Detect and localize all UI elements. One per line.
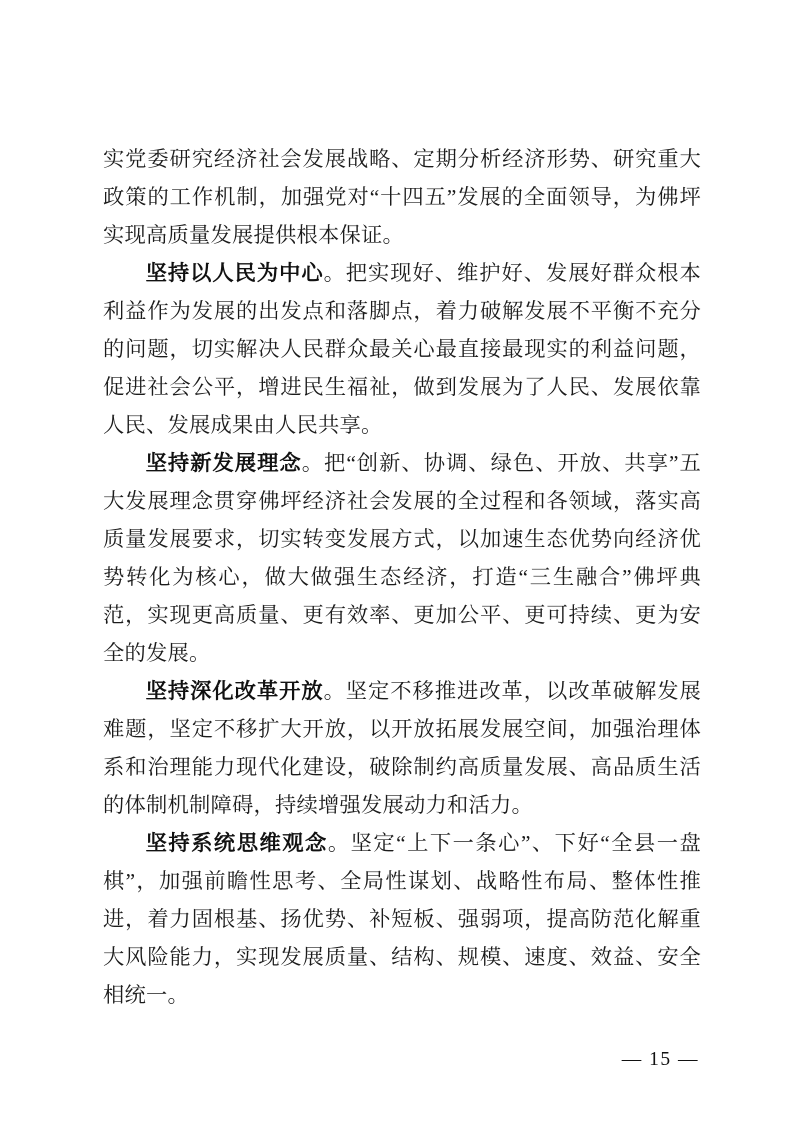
paragraph-0-body: 实党委研究经济社会发展战略、定期分析经济形势、研究重大政策的工作机制，加强党对“… xyxy=(103,147,701,247)
paragraph-0: 实党委研究经济社会发展战略、定期分析经济形势、研究重大政策的工作机制，加强党对“… xyxy=(103,140,701,254)
paragraph-4: 坚持系统思维观念。坚定“上下一条心”、下好“全县一盘棋”，加强前瞻性思考、全局性… xyxy=(103,824,701,1014)
paragraph-4-body: 。坚定“上下一条心”、下好“全县一盘棋”，加强前瞻性思考、全局性谋划、战略性布局… xyxy=(103,831,701,1007)
paragraph-1-body: 。把实现好、维护好、发展好群众根本利益作为发展的出发点和落脚点，着力破解发展不平… xyxy=(103,261,701,437)
document-text-block: 实党委研究经济社会发展战略、定期分析经济形势、研究重大政策的工作机制，加强党对“… xyxy=(103,140,701,1014)
paragraph-3: 坚持深化改革开放。坚定不移推进改革，以改革破解发展难题，坚定不移扩大开放，以开放… xyxy=(103,672,701,824)
paragraph-3-lead: 坚持深化改革开放 xyxy=(146,679,324,703)
document-page: 实党委研究经济社会发展战略、定期分析经济形势、研究重大政策的工作机制，加强党对“… xyxy=(0,0,793,1122)
paragraph-2: 坚持新发展理念。把“创新、协调、绿色、开放、共享”五大发展理念贯穿佛坪经济社会发… xyxy=(103,444,701,672)
paragraph-2-lead: 坚持新发展理念 xyxy=(146,451,302,475)
paragraph-4-lead: 坚持系统思维观念 xyxy=(146,831,328,855)
page-number: — 15 — xyxy=(622,1046,699,1074)
paragraph-2-body: 。把“创新、协调、绿色、开放、共享”五大发展理念贯穿佛坪经济社会发展的全过程和各… xyxy=(103,451,701,665)
paragraph-1-lead: 坚持以人民为中心 xyxy=(146,261,324,285)
paragraph-1: 坚持以人民为中心。把实现好、维护好、发展好群众根本利益作为发展的出发点和落脚点，… xyxy=(103,254,701,444)
